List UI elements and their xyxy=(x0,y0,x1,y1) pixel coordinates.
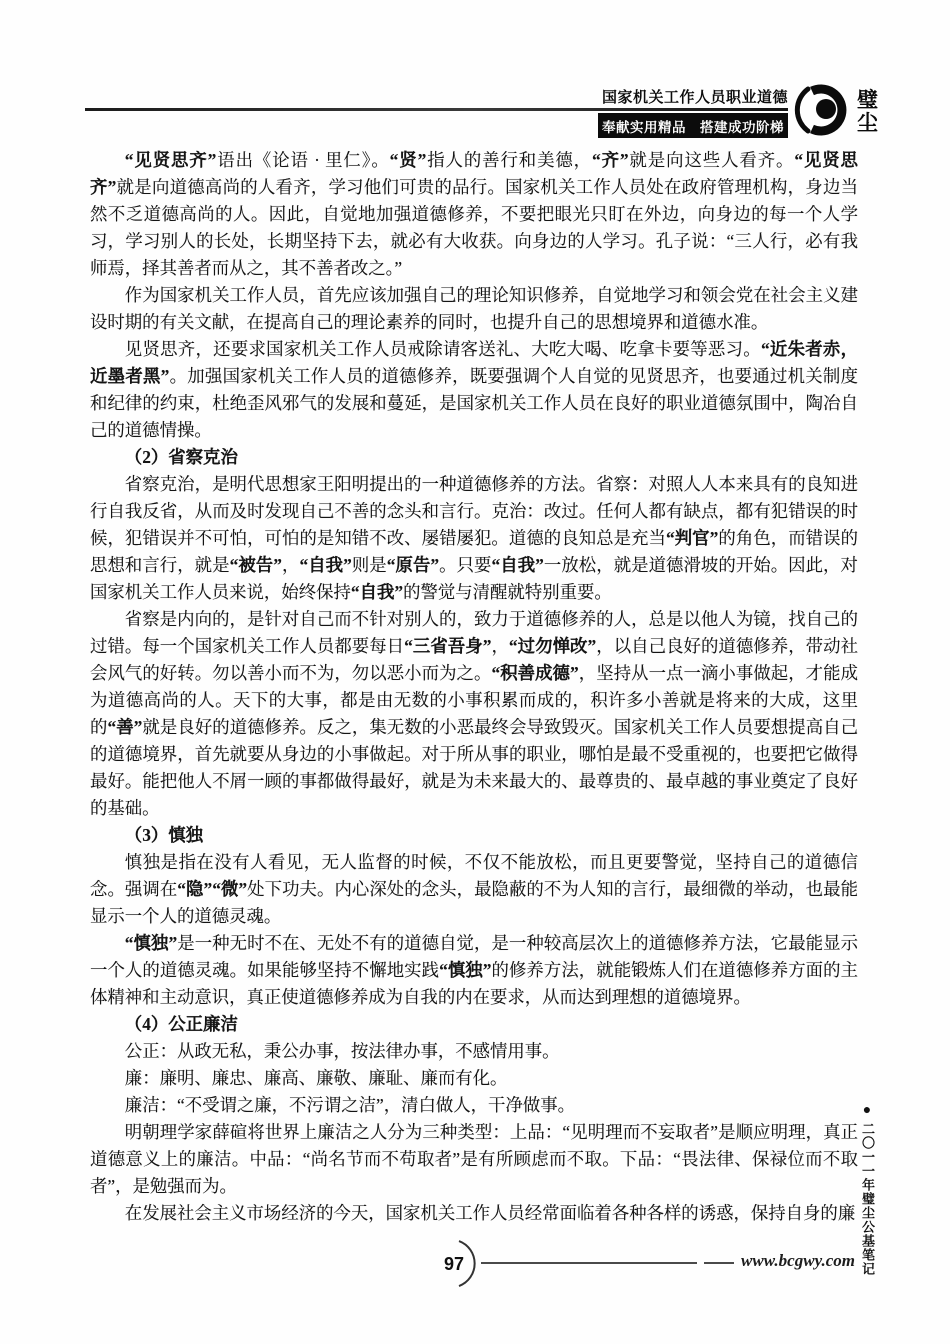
paragraph: 廉洁：“不受谓之廉，不污谓之洁”，清白做人，干净做事。 xyxy=(90,1092,858,1119)
page-header-title: 国家机关工作人员职业道德 xyxy=(420,86,788,107)
edition-sidebar: ● 二〇一一年璧尘公基笔记 xyxy=(856,1104,878,1276)
scanned-document-page: 国家机关工作人员职业道德 奉献实用精品 搭建成功阶梯 璧 尘 “见贤思齐”语出《… xyxy=(0,0,950,1344)
paragraph: 作为国家机关工作人员，首先应该加强自己的理论知识修养，自觉地学习和领会党在社会主… xyxy=(90,282,858,336)
document-body: “见贤思齐”语出《论语 · 里仁》。“贤”指人的善行和美德，“齐”就是向这些人看… xyxy=(90,147,858,1227)
footer-rule xyxy=(481,1262,697,1264)
paragraph: “慎独”是一种无时不在、无处不有的道德自觉，是一种较高层次上的道德修养方法，它最… xyxy=(90,930,858,1011)
paragraph: 在发展社会主义市场经济的今天，国家机关工作人员经常面临着各种各样的诱惑，保持自身… xyxy=(90,1200,858,1227)
paragraph: 省察克治，是明代思想家王阳明提出的一种道德修养的方法。省察：对照人人本来具有的良… xyxy=(90,471,858,606)
header-divider xyxy=(85,108,788,111)
paragraph: 廉：廉明、廉忠、廉高、廉敬、廉耻、廉而有化。 xyxy=(90,1065,858,1092)
logo-char-bottom: 尘 xyxy=(857,112,878,135)
paragraph: 慎独是指在没有人看见，无人监督的时候，不仅不能放松，而且更要警觉，坚持自己的道德… xyxy=(90,849,858,930)
edition-vertical-text: 二〇一一年璧尘公基笔记 xyxy=(857,1122,877,1276)
header-slogan-banner: 奉献实用精品 搭建成功阶梯 xyxy=(598,113,788,138)
paragraph: 省察是内向的，是针对自己而不针对别人的，致力于道德修养的人，总是以他人为镜，找自… xyxy=(90,606,858,822)
paragraph: “见贤思齐”语出《论语 · 里仁》。“贤”指人的善行和美德，“齐”就是向这些人看… xyxy=(90,147,858,282)
footer-rule-short xyxy=(704,1262,734,1264)
section-heading: （3）慎独 xyxy=(90,822,858,849)
bichen-ring-logo-icon xyxy=(794,79,854,146)
page-number-arc-icon xyxy=(455,1239,489,1294)
paragraph: 明朝理学家薛碹将世界上廉洁之人分为三种类型：上品：“见明理而不妄取者”是顺应明理… xyxy=(90,1119,858,1200)
logo-characters: 璧 尘 xyxy=(857,89,878,135)
paragraph: 公正：从政无私，秉公办事，按法律办事，不感情用事。 xyxy=(90,1038,858,1065)
website-text: www.bcgwy.com xyxy=(737,1251,855,1271)
publisher-logo: 璧 尘 xyxy=(794,80,886,144)
section-heading: （4）公正廉洁 xyxy=(90,1011,858,1038)
bullet-icon: ● xyxy=(863,1104,871,1118)
paragraph: 见贤思齐，还要求国家机关工作人员戒除请客送礼、大吃大喝、吃拿卡要等恶习。“近朱者… xyxy=(90,336,858,444)
section-heading: （2）省察克治 xyxy=(90,444,858,471)
logo-char-top: 璧 xyxy=(857,89,878,112)
